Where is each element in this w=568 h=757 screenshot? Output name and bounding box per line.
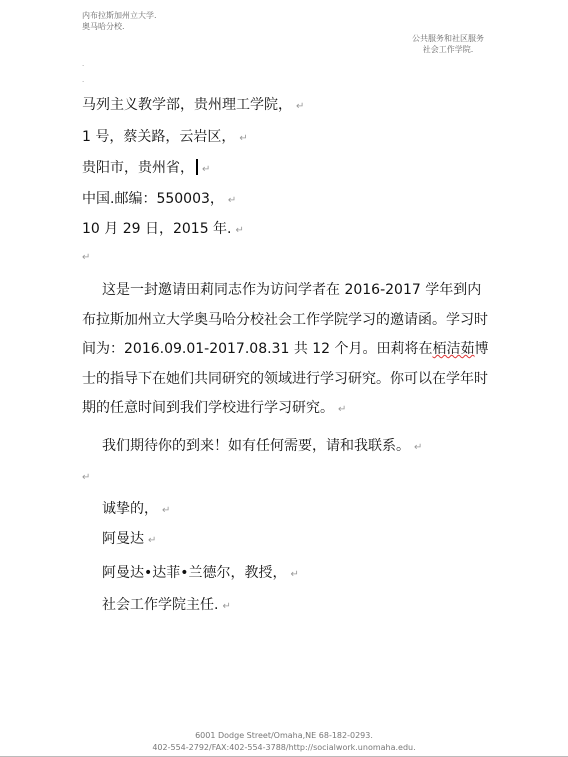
letterhead-right: 公共服务和社区服务 社会工作学院. <box>412 33 484 55</box>
paragraph-mark-icon: ↵ <box>148 535 156 546</box>
empty-paragraph-mark: . <box>82 60 84 68</box>
footer-address: 6001 Dodge Street/Omaha,NE 68-182-0293. <box>0 730 568 742</box>
address-line[interactable]: 1 号，蔡关路，云岩区，↵ <box>82 128 248 148</box>
paragraph-mark-icon: ↵ <box>291 569 299 580</box>
body-paragraph[interactable]: 这是一封邀请田莉同志作为访问学者在 2016-2017 学年到内布拉斯加州立大学… <box>82 276 494 425</box>
footer-contact: 402-554-2792/FAX:402-554-3788/http://soc… <box>0 742 568 754</box>
address-line[interactable]: 中国.邮编：550003，↵ <box>82 190 236 210</box>
text-cursor <box>196 159 198 175</box>
paragraph-mark-icon: ↵ <box>82 472 90 483</box>
address-line[interactable]: 贵阳市，贵州省，↵ <box>82 159 210 179</box>
letterhead-left: 内布拉斯加州立大学. 奥马哈分校. <box>82 10 157 32</box>
school-name: 社会工作学院. <box>412 44 484 55</box>
paragraph-mark-icon: ↵ <box>239 133 247 144</box>
paragraph-mark-icon: ↵ <box>162 505 170 516</box>
paragraph-mark-icon: ↵ <box>202 164 210 175</box>
paragraph-mark-icon: ↵ <box>82 252 90 263</box>
empty-paragraph-mark: . <box>82 76 84 84</box>
paragraph-mark-icon: ↵ <box>338 404 346 415</box>
page-footer: 6001 Dodge Street/Omaha,NE 68-182-0293. … <box>0 730 568 754</box>
paragraph-mark-icon: ↵ <box>222 601 230 612</box>
signature-name[interactable]: 阿曼达↵ <box>102 530 156 550</box>
paragraph-mark-icon: ↵ <box>414 442 422 453</box>
closing-salutation[interactable]: 诚挚的，↵ <box>102 500 170 520</box>
college-name: 公共服务和社区服务 <box>412 33 484 44</box>
paragraph-mark-icon: ↵ <box>236 225 244 236</box>
paragraph-mark-icon: ↵ <box>228 195 236 206</box>
paragraph-mark-icon: ↵ <box>296 101 304 112</box>
signer-full-name[interactable]: 阿曼达•达菲•兰德尔，教授，↵ <box>102 564 299 584</box>
misspelled-word[interactable]: 栢洁茹 <box>433 341 475 357</box>
body-paragraph[interactable]: 我们期待你的到来！如有任何需要，请和我联系。↵ <box>82 432 494 463</box>
university-name: 内布拉斯加州立大学. <box>82 10 157 21</box>
signer-position[interactable]: 社会工作学院主任.↵ <box>102 596 231 616</box>
address-line[interactable]: 马列主义教学部，贵州理工学院，↵ <box>82 96 304 116</box>
campus-name: 奥马哈分校. <box>82 21 157 32</box>
letter-date[interactable]: 10 月 29 日，2015 年.↵ <box>82 220 244 240</box>
